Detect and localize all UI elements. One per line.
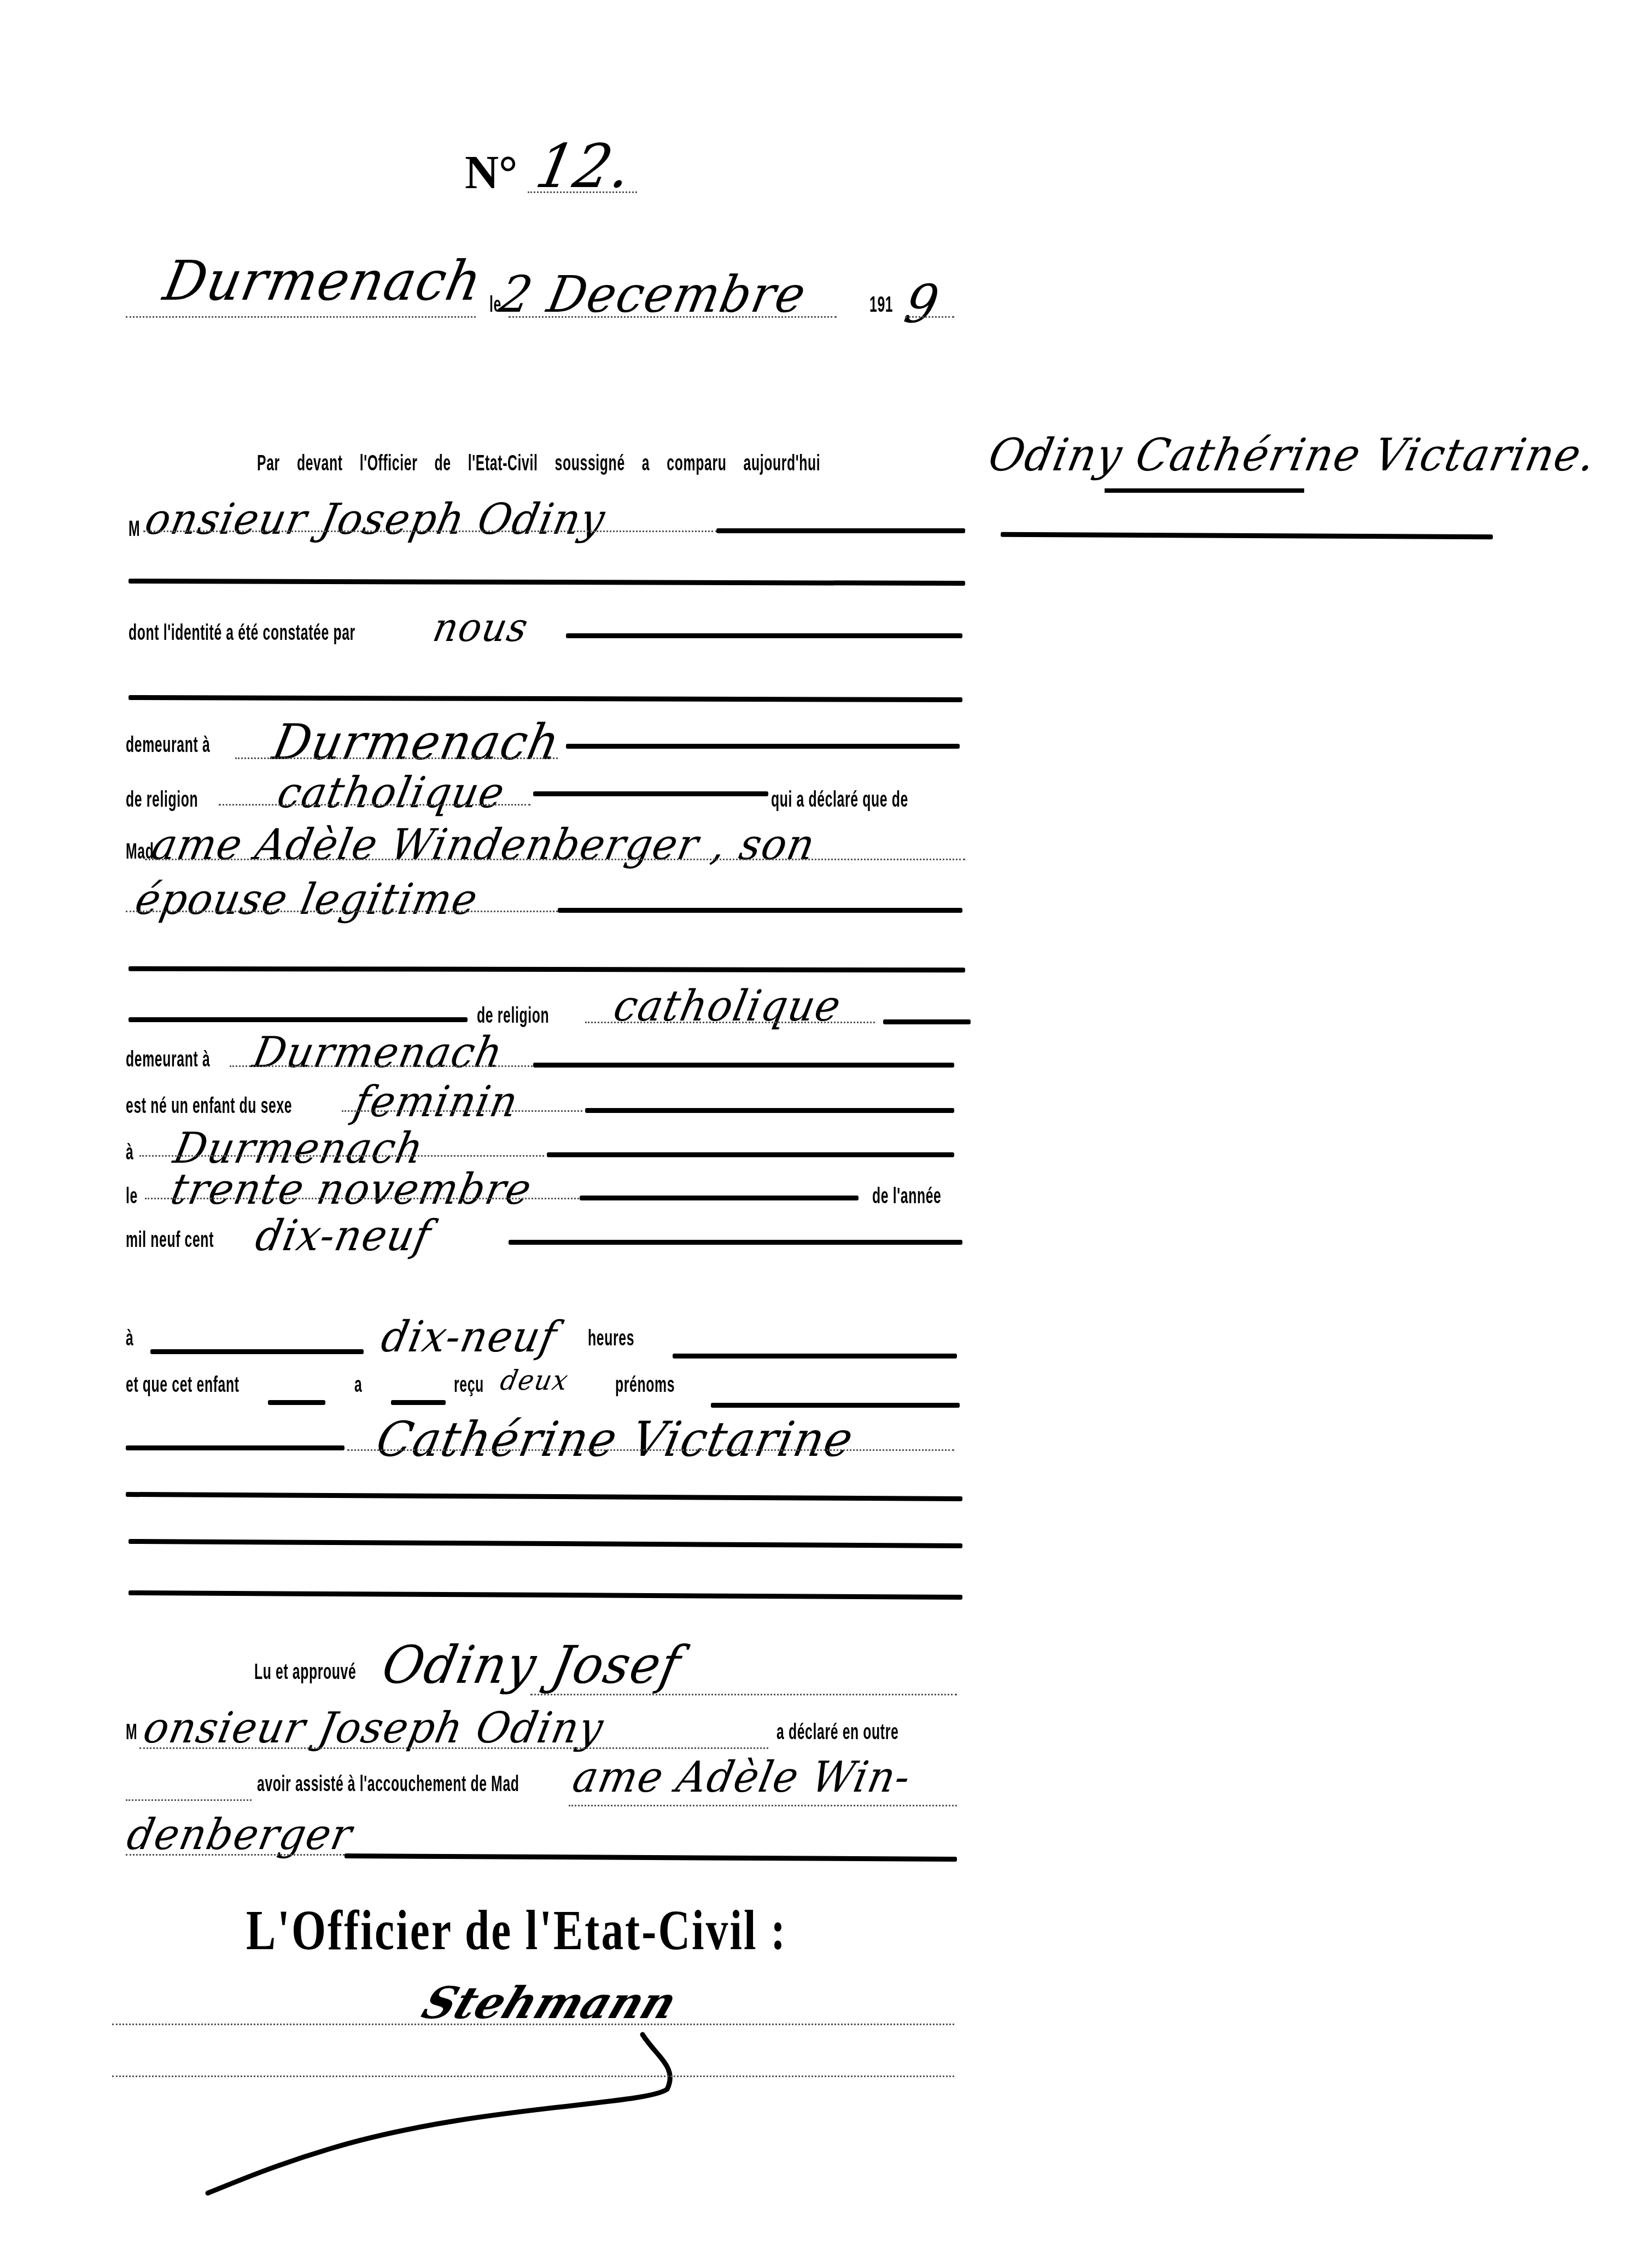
assiste-label: avoir assisté à l'accouchement de Mad bbox=[257, 1772, 519, 1797]
a-label: a bbox=[354, 1373, 362, 1397]
jour-label: le bbox=[126, 1184, 138, 1209]
mother-demeurant-label: demeurant à bbox=[126, 1047, 210, 1072]
religion-label: de religion bbox=[126, 788, 198, 812]
religion-value: catholique bbox=[273, 768, 509, 818]
mother-religion-line bbox=[883, 1019, 971, 1024]
year-line bbox=[905, 316, 954, 318]
blank-line-1 bbox=[129, 579, 965, 586]
blank-line-3 bbox=[129, 966, 965, 973]
epouse-dots bbox=[126, 911, 558, 912]
lu-signature: Odiny Josef bbox=[377, 1635, 686, 1695]
epouse-value: épouse legitime bbox=[131, 875, 482, 924]
heures-label: heures bbox=[588, 1326, 634, 1351]
place-line bbox=[126, 316, 476, 318]
jour-line bbox=[580, 1196, 859, 1200]
demeurant-label: demeurant à bbox=[126, 733, 210, 757]
heure-blank-line bbox=[150, 1349, 364, 1354]
number-label: N° bbox=[465, 145, 518, 200]
enfant-label: et que cet enfant bbox=[126, 1373, 240, 1397]
margin-line bbox=[1001, 532, 1493, 540]
assiste2-dots bbox=[126, 1854, 345, 1856]
heure-value: dix-neuf bbox=[377, 1313, 562, 1362]
recu-value: deux bbox=[498, 1365, 571, 1396]
assiste-lead-dots bbox=[126, 1799, 252, 1801]
mother-religion-label: de religion bbox=[477, 1004, 549, 1028]
margin-note-underline bbox=[1105, 488, 1304, 493]
mother-demeurant-value: Durmenach bbox=[249, 1028, 507, 1077]
lieu-label: à bbox=[126, 1140, 133, 1165]
jour-dots bbox=[145, 1198, 582, 1199]
sexe-dots bbox=[342, 1110, 582, 1112]
date-line bbox=[509, 316, 837, 318]
a-blank-line bbox=[391, 1400, 446, 1405]
assiste-value-2: denberger bbox=[123, 1810, 357, 1859]
mother-name: ame Adèle Windenberger , son bbox=[148, 820, 820, 870]
margin-note-name: Odiny Cathérine Victarine. bbox=[984, 429, 1601, 481]
assiste2-line bbox=[345, 1853, 957, 1862]
prenoms-value: Cathérine Victarine bbox=[372, 1411, 859, 1467]
jour-value: trente novembre bbox=[167, 1165, 536, 1214]
mil-value: dix-neuf bbox=[252, 1211, 436, 1261]
number-underline bbox=[528, 191, 637, 193]
signature-flourish bbox=[164, 2024, 820, 2199]
declare-que-label: qui a déclaré que de bbox=[771, 788, 908, 812]
sexe-value: feminin bbox=[350, 1077, 523, 1127]
demeurant-line bbox=[566, 744, 960, 749]
declarant-line bbox=[716, 528, 965, 533]
annee-label: de l'année bbox=[872, 1184, 941, 1209]
heure-line bbox=[673, 1354, 957, 1359]
mil-label: mil neuf cent bbox=[126, 1228, 214, 1252]
religion-line bbox=[533, 791, 768, 796]
par-devant-text: Par devant l'Officier de l'Etat-Civil so… bbox=[257, 451, 820, 476]
identite-value: nous bbox=[429, 604, 533, 650]
blank-line-5 bbox=[129, 1539, 962, 1548]
lieu-dots bbox=[139, 1155, 544, 1157]
mother-religion-blank bbox=[129, 1017, 468, 1022]
assiste-dots bbox=[569, 1805, 957, 1806]
assiste-value: ame Adèle Win- bbox=[569, 1753, 915, 1802]
lu-label: Lu et approuvé bbox=[254, 1660, 356, 1684]
blank-line-4 bbox=[126, 1492, 962, 1501]
year-suffix: 9 bbox=[900, 273, 945, 335]
demeurant-dots bbox=[235, 757, 558, 759]
religion-dots bbox=[219, 804, 530, 806]
epouse-line bbox=[558, 908, 962, 913]
prenom-line bbox=[711, 1403, 960, 1408]
officer-signature: Stehmann bbox=[416, 1977, 684, 2028]
identite-line bbox=[566, 633, 962, 638]
lieu-line bbox=[547, 1152, 954, 1157]
declarant2-prefix: M bbox=[126, 1720, 137, 1745]
enfant-blank-line bbox=[268, 1400, 325, 1405]
declarant2-dots bbox=[139, 1747, 768, 1749]
mother-dots bbox=[145, 859, 965, 860]
officer-title: L'Officier de l'Etat-Civil : bbox=[246, 1898, 787, 1963]
blank-line-6 bbox=[129, 1590, 962, 1600]
sexe-line bbox=[585, 1108, 954, 1113]
prenoms-dots bbox=[347, 1449, 954, 1451]
declare-outre-label: a déclaré en outre bbox=[776, 1720, 898, 1745]
mother-religion-value: catholique bbox=[610, 982, 845, 1031]
blank-line-2 bbox=[129, 695, 962, 702]
prenom-label: prénoms bbox=[615, 1373, 675, 1397]
mother-religion-dots bbox=[585, 1022, 875, 1023]
heure-label: à bbox=[126, 1326, 133, 1351]
signature-line-2 bbox=[112, 2075, 954, 2077]
place-value: Durmenach bbox=[159, 249, 488, 313]
prenoms-blank-line bbox=[126, 1445, 345, 1450]
recu-label: reçu bbox=[454, 1373, 484, 1397]
mother-demeurant-line bbox=[533, 1063, 954, 1068]
declarant-prefix: M bbox=[129, 517, 140, 541]
lu-dots bbox=[530, 1694, 957, 1695]
declarant-dots bbox=[143, 530, 717, 532]
declarant2-name: onsieur Joseph Odiny bbox=[139, 1704, 608, 1753]
identite-label: dont l'identité a été constatée par bbox=[129, 621, 355, 645]
year-prefix: 191 bbox=[869, 293, 893, 317]
demeurant-value: Durmenach bbox=[268, 714, 565, 771]
sexe-label: est né un enfant du sexe bbox=[126, 1094, 292, 1118]
mother-demeurant-dots bbox=[230, 1065, 536, 1067]
declarant-name: onsieur Joseph Odiny bbox=[141, 495, 610, 544]
mil-line bbox=[509, 1240, 962, 1245]
record-number: 12. bbox=[530, 131, 639, 201]
date-value: 2 Decembre bbox=[495, 265, 811, 324]
